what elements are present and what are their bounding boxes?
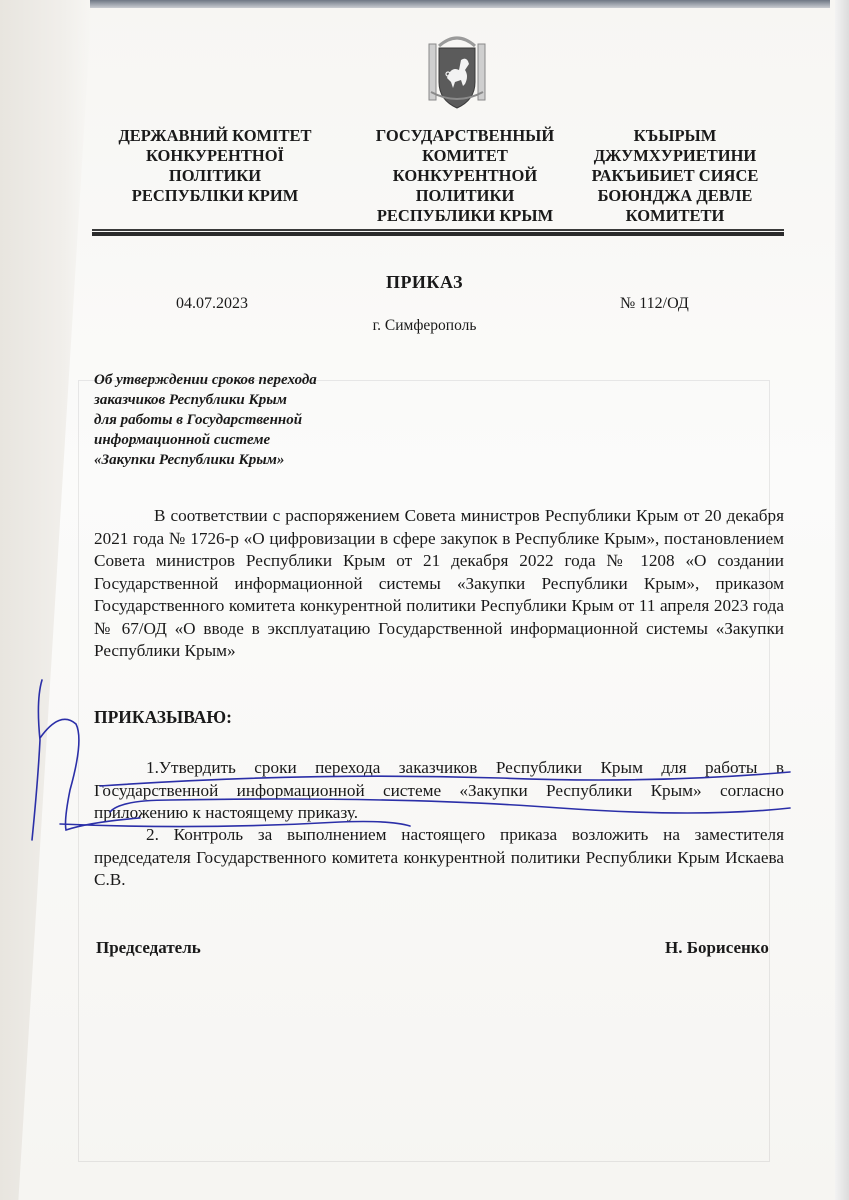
header-divider-thick <box>92 232 784 236</box>
org-line: РЕСПУБЛИКИ КРЫМ <box>355 206 575 226</box>
preamble-paragraph: В соответствии с распоряжением Совета ми… <box>94 505 784 663</box>
order-city: г. Симферополь <box>0 317 849 335</box>
preamble: В соответствии с распоряжением Совета ми… <box>94 505 784 663</box>
org-line: КОНКУРЕНТНОЙ <box>355 166 575 186</box>
org-name-ukrainian: ДЕРЖАВНИЙ КОМІТЕТ КОНКУРЕНТНОЇ ПОЛІТИКИ … <box>105 126 325 206</box>
org-line: БОЮНДЖА ДЕВЛЕ <box>575 186 775 206</box>
order-number: № 112/ОД <box>620 295 689 313</box>
scan-right-edge <box>835 0 849 1200</box>
org-line: КЪЫРЫМ <box>575 126 775 146</box>
document-title: ПРИКАЗ <box>0 272 849 293</box>
org-line: ПОЛИТИКИ <box>355 186 575 206</box>
org-line: ГОСУДАРСТВЕННЫЙ <box>355 126 575 146</box>
scan-top-edge <box>90 0 830 8</box>
subject-line: для работы в Государственной <box>94 410 317 430</box>
signatory-role: Председатель <box>96 938 201 958</box>
org-line: КОНКУРЕНТНОЇ <box>105 146 325 166</box>
org-line: ПОЛІТИКИ <box>105 166 325 186</box>
subject-line: заказчиков Республики Крым <box>94 390 317 410</box>
org-line: КОМИТЕТИ <box>575 206 775 226</box>
order-item-1: 1.Утвердить сроки перехода заказчиков Ре… <box>94 757 784 825</box>
org-line: ДЕРЖАВНИЙ КОМІТЕТ <box>105 126 325 146</box>
header-divider-thin <box>92 229 784 231</box>
org-line: ДЖУМХУРИЕТИНИ <box>575 146 775 166</box>
org-name-crimean-tatar: КЪЫРЫМ ДЖУМХУРИЕТИНИ РАКЪИБИЕТ СИЯСЕ БОЮ… <box>575 126 775 226</box>
org-line: РЕСПУБЛІКИ КРИМ <box>105 186 325 206</box>
document-page: ДЕРЖАВНИЙ КОМІТЕТ КОНКУРЕНТНОЇ ПОЛІТИКИ … <box>0 0 849 1200</box>
subject-line: Об утверждении сроков перехода <box>94 370 317 390</box>
org-line: КОМИТЕТ <box>355 146 575 166</box>
org-line: РАКЪИБИЕТ СИЯСЕ <box>575 166 775 186</box>
org-name-russian: ГОСУДАРСТВЕННЫЙ КОМИТЕТ КОНКУРЕНТНОЙ ПОЛ… <box>355 126 575 226</box>
order-item-text: 2. Контроль за выполнением настоящего пр… <box>94 824 784 892</box>
order-subject: Об утверждении сроков перехода заказчико… <box>94 370 317 470</box>
subject-line: информационной системе <box>94 430 317 450</box>
subject-line: «Закупки Республики Крым» <box>94 450 317 470</box>
order-item-2: 2. Контроль за выполнением настоящего пр… <box>94 824 784 892</box>
signatory-name: Н. Борисенко <box>665 938 769 958</box>
crimea-coat-of-arms-icon <box>425 30 489 114</box>
order-item-text: 1.Утвердить сроки перехода заказчиков Ре… <box>94 757 784 825</box>
order-date: 04.07.2023 <box>176 295 248 313</box>
directive-heading: ПРИКАЗЫВАЮ: <box>94 707 232 728</box>
